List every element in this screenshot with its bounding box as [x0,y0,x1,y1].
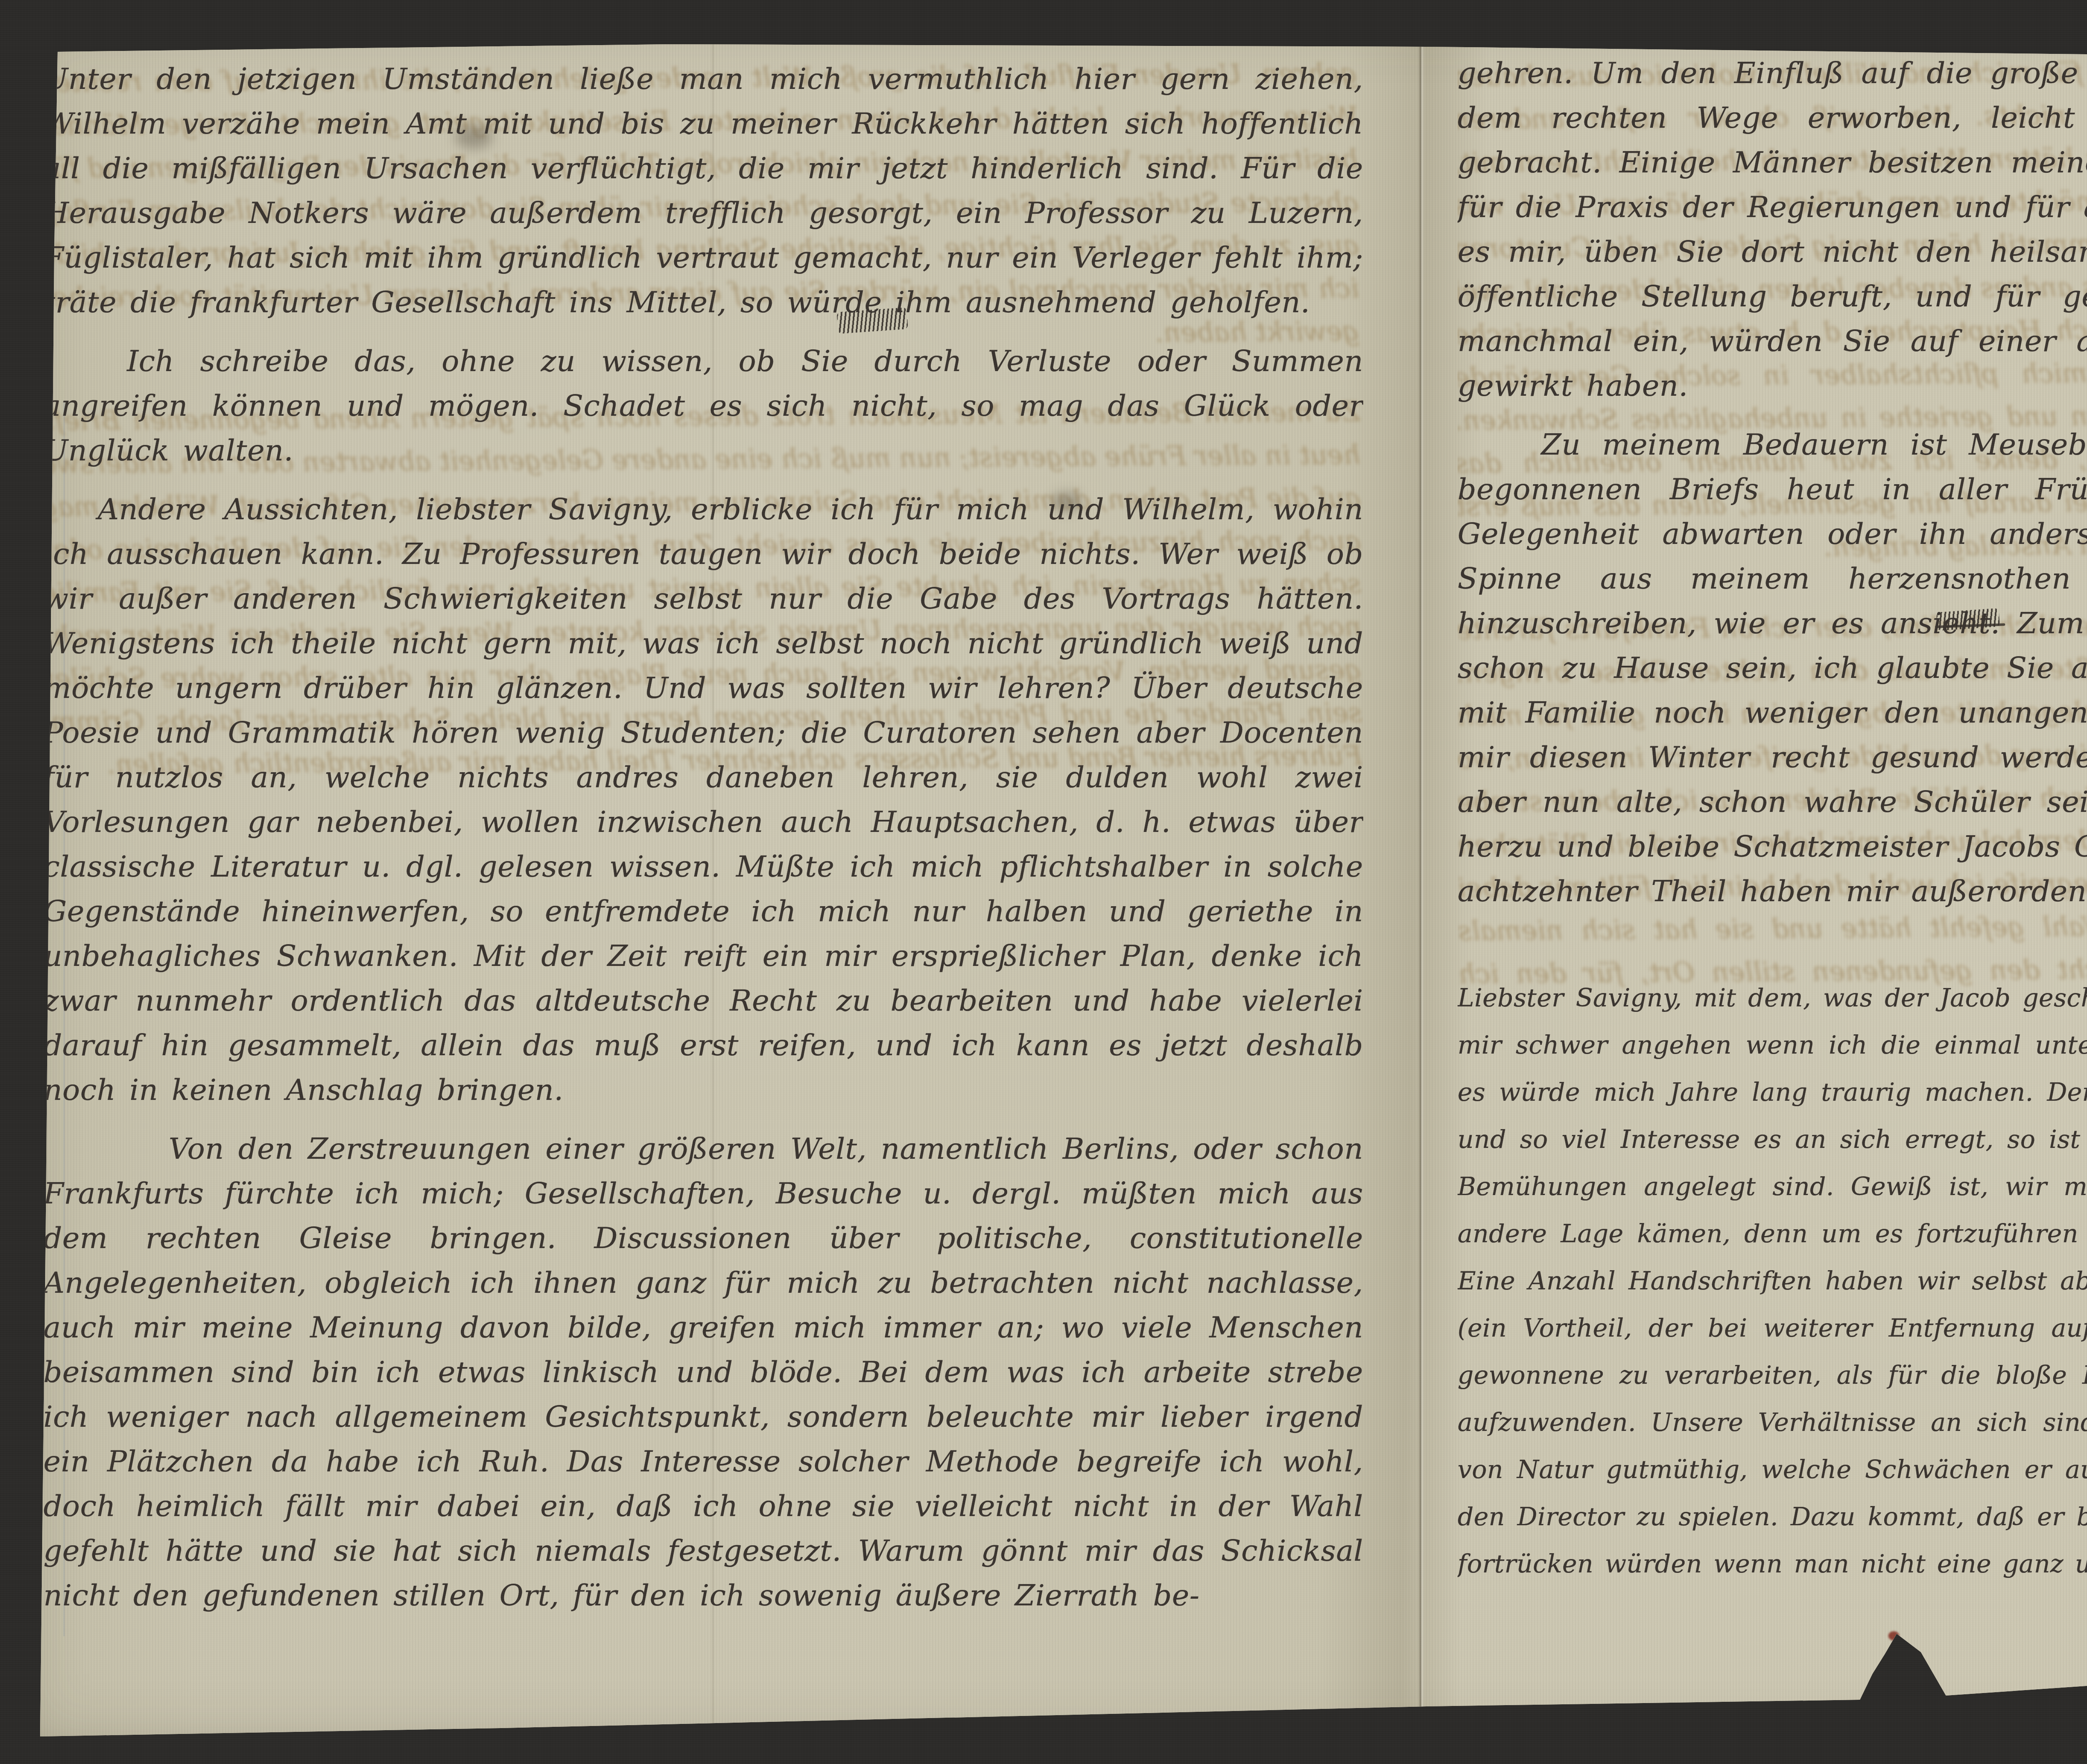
handwritten-paragraph: Von den Zerstreuungen einer größeren Wel… [43,1127,1363,1618]
handwritten-paragraph: Ich schreibe das, ohne zu wissen, ob Sie… [43,339,1363,473]
letter-sheet: gehren. Um den Einfluß auf die große Wel… [0,0,2087,1764]
center-fold-crease [1418,0,1424,1764]
manuscript-scan: gehren. Um den Einfluß auf die große Wel… [0,0,2087,1764]
page-right: Andere Aussichten, liebster Savigny, erb… [1458,51,2087,1711]
page-left: gehren. Um den Einfluß auf die große Wel… [43,57,1363,1718]
handwritten-postscript-paragraph: Liebster Savigny, mit dem, was der Jacob… [1458,975,2087,1588]
handwritten-paragraph: Unter den jetzigen Umständen ließe man m… [43,57,1363,325]
handwritten-paragraph: Andere Aussichten, liebster Savigny, erb… [43,487,1363,1112]
handwritten-paragraph: gehren. Um den Einfluß auf die große Wel… [1458,51,2087,408]
handwritten-paragraph: Zu meinem Bedauern ist Meusebach trotz d… [1458,422,2087,914]
